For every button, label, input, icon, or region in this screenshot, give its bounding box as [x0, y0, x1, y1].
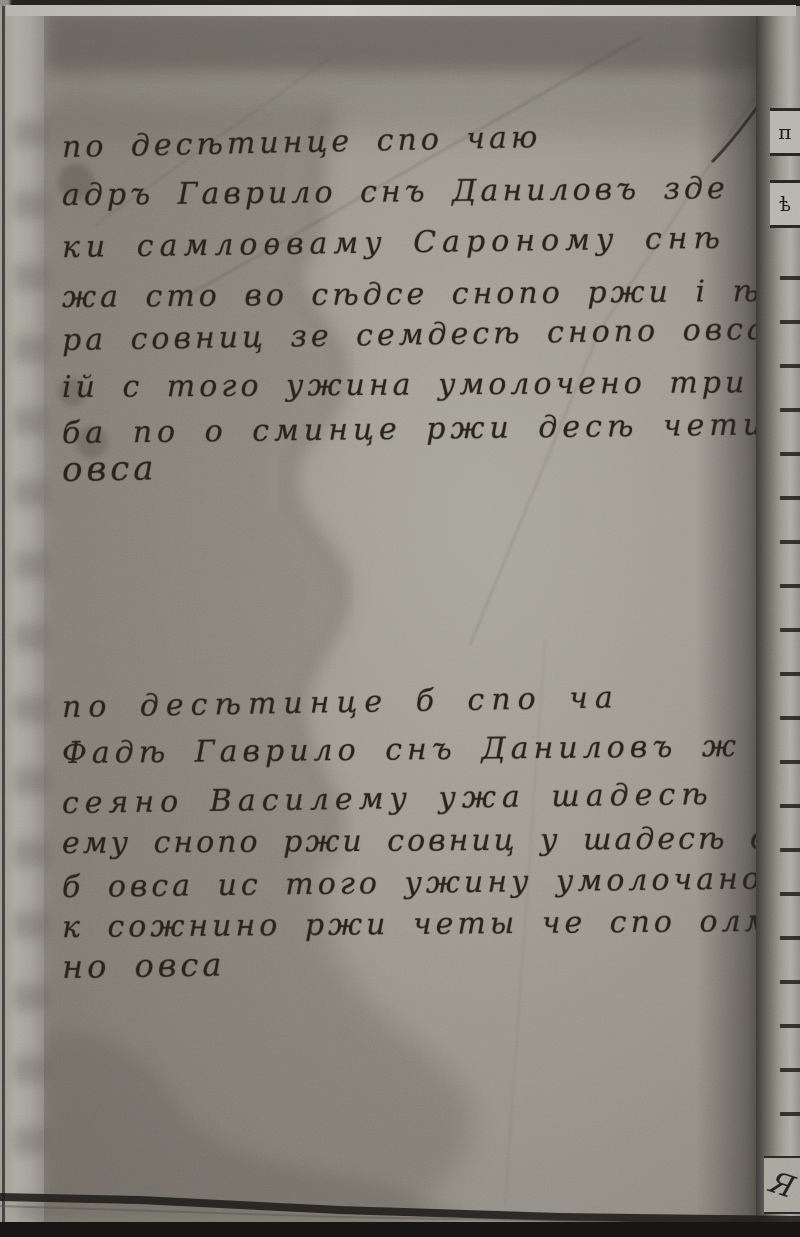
manuscript-scan: по десѣтинце спо чаю адръ Гаврило снъ Да… [0, 0, 800, 1237]
manuscript-line: ій с того ужина умолочено три [62, 365, 749, 405]
manuscript-line: адръ Гаврило снъ Даниловъ зде [62, 171, 729, 213]
manuscript-line: но овса [62, 945, 226, 986]
binding-edge-line [2, 0, 5, 1237]
manuscript-line: жа сто во сѣдсе снопо ржи і ѣмъ [62, 273, 800, 315]
manuscript-line: Фадѣ Гаврило снъ Даниловъ ж [62, 729, 741, 771]
page-curve-shadow [696, 0, 760, 1237]
fore-edge-mark-glyph: Я [765, 1165, 799, 1206]
manuscript-line: к сожнино ржи четы че спо олми [62, 904, 797, 945]
manuscript-line: ему снопо ржи совниц у шадесѣ сно [62, 821, 800, 861]
edge-tab-letter: п [778, 120, 791, 144]
top-page-edges-strip [6, 5, 796, 16]
bottom-border [0, 1222, 800, 1237]
fore-edge-ruled-ticks [780, 236, 800, 1226]
gutter-scallop-shadows [14, 120, 48, 1220]
edge-tab: ѣ [770, 180, 800, 228]
manuscript-line: овса [62, 448, 158, 490]
edge-tab: п [770, 108, 800, 156]
fore-edge-ink-mark: Я [764, 1156, 800, 1214]
edge-tab-letter: ѣ [779, 192, 791, 216]
